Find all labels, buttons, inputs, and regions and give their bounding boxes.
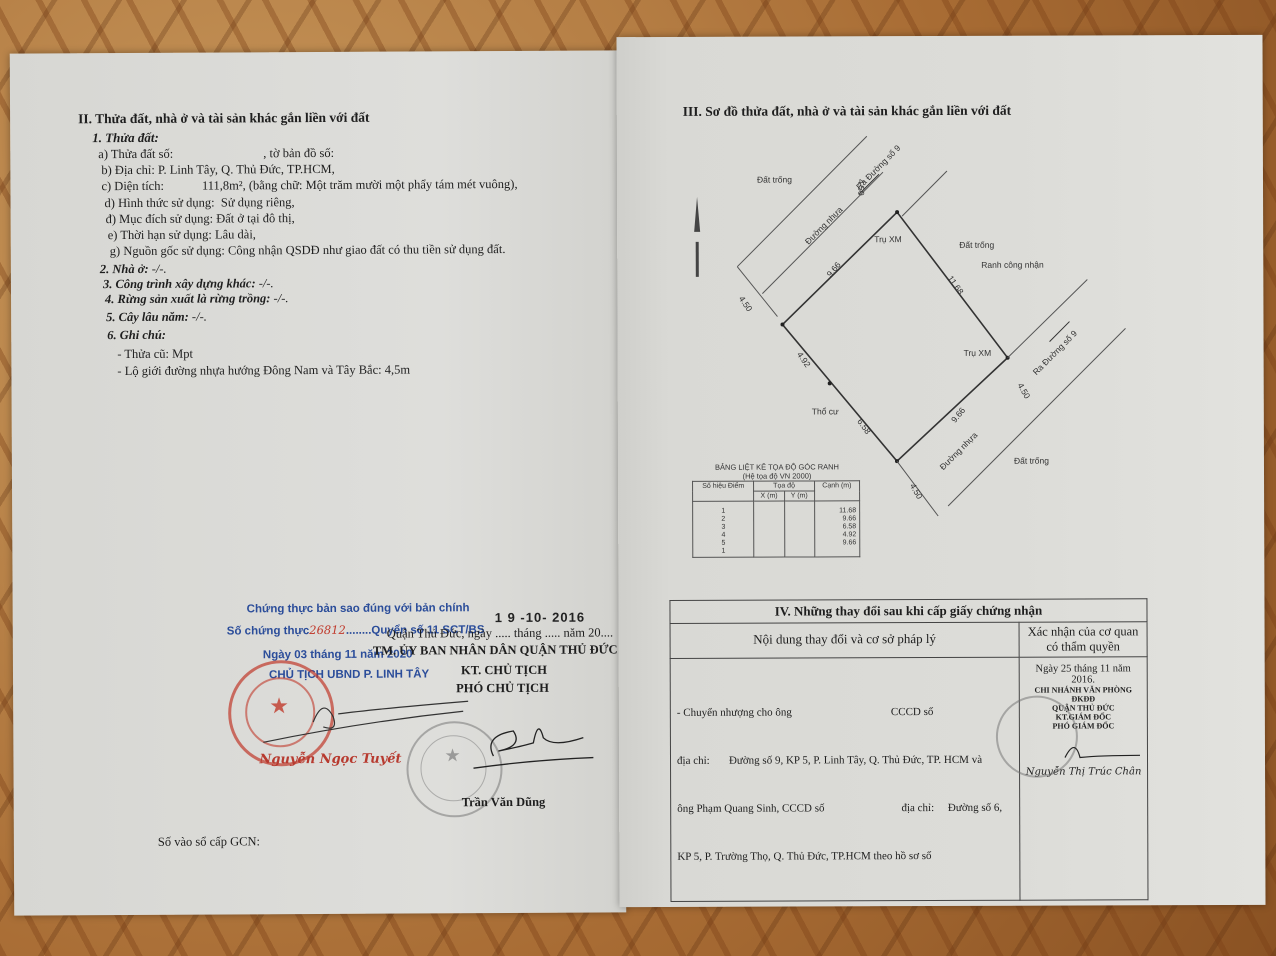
land-parcel-heading: 1. Thửa đất: [92,130,159,146]
issue-block: 1 9 -10- 2016 Quận Thủ Đức, ngày ..... t… [10,50,622,53]
house-item: 2. Nhà ở: -/-. [100,262,167,277]
confirm-content: Ngày 25 tháng 11 năm 2016. CHI NHÁNH VĂN… [1019,657,1148,900]
label-post-right: Trụ XM [964,348,992,358]
header-y: Y (m) [784,491,814,501]
label-post-top: Trụ XM [874,234,902,244]
table-row: 1 2 3 4 5 1 11.68 9.66 6.58 4.92 9.66 [693,501,860,558]
issue-place-date: Quận Thủ Đức, ngày ..... tháng ..... năm… [387,625,613,641]
label-empty-land-bottom: Đất trống [1014,456,1049,466]
perennial-item: 5. Cây lâu năm: -/-. [106,310,207,326]
label-width-top: 4.50 [856,179,866,196]
change-line-4: KP 5, P. Trường Thọ, Q. Thủ Đức, TP.HCM … [677,848,1015,865]
usage-purpose: đ) Mục đích sử dụng: Đất ở tại đô thị, [106,211,295,227]
certification-line-1: Chứng thực bản sao đúng với bản chính [247,602,470,615]
issuer-role-1: KT. CHỦ TỊCH [461,663,547,678]
issuer-name: Trần Văn Dũng [462,795,546,810]
other-assets: 2. Nhà ở: -/-. 3. Công trình xây dựng kh… [10,50,622,53]
section-2-title: II. Thửa đất, nhà ở và tài sản khác gắn … [78,110,369,128]
col-header-confirm: Xác nhận của cơ quan có thẩm quyền [1019,622,1147,657]
section-4-title: IV. Những thay đổi sau khi cấp giấy chứn… [670,599,1147,624]
other-construction-item: 3. Công trình xây dựng khác: -/-. [103,276,274,292]
certification-signer-name: Nguyễn Ngọc Tuyết [259,752,401,768]
notes-heading: 6. Ghi chú: [107,328,166,343]
header-coords: Tọa độ [754,481,814,491]
signature-scribble [453,706,593,777]
parcel-area: c) Diện tích:111,8m², (bằng chữ: Một tră… [101,177,517,194]
signature-scribble [1060,737,1150,767]
change-line-1: - Chuyển nhượng cho ông CCCD số [677,704,1015,721]
note-old-parcel: - Thửa cũ: Mpt [117,347,193,362]
issuer-role-2: PHÓ CHỦ TỊCH [456,681,549,696]
land-parcel-details: a) Thửa đất số:, tờ bản đồ số: b) Địa ch… [10,50,622,53]
change-line-3: ông Phạm Quang Sinh, CCCD số địa chỉ: Đư… [677,800,1015,817]
header-point: Số hiệu Điểm [693,481,754,501]
north-arrow-icon [694,197,700,277]
change-line-2: địa chỉ: Đường số 9, KP 5, P. Linh Tây, … [677,752,1015,769]
confirm-date: Ngày 25 tháng 11 năm 2016. [1024,663,1143,685]
certification-stamp: Chứng thực bản sao đúng với bản chính Số… [10,50,622,53]
changes-table: IV. Những thay đổi sau khi cấp giấy chứn… [669,598,1148,902]
label-empty-land-top: Đất trống [757,175,792,185]
note-road-boundary: - Lộ giới đường nhựa hướng Đông Nam và T… [117,363,410,380]
coordinate-table-block: BẢNG LIỆT KÊ TỌA ĐỘ GÓC RANH (Hệ tọa độ … [692,462,862,558]
right-page: III. Sơ đồ thửa đất, nhà ở và tài sản kh… [616,35,1265,907]
registry-number-label: Số vào sổ cấp GCN: [158,834,260,850]
forest-item: 4. Rừng sản xuất là rừng trồng: -/-. [105,291,289,307]
parcel-address: b) Địa chỉ: P. Linh Tây, Q. Thủ Đức, TP.… [101,162,334,178]
issuing-authority: TM. ỦY BAN NHÂN DÂN QUẬN THỦ ĐỨC [373,642,618,658]
usage-form: d) Hình thức sử dụng: Sử dụng riêng, [104,195,294,211]
label-boundary: Ranh công nhận [981,260,1043,270]
header-x: X (m) [754,491,784,501]
label-residential: Thổ cư [812,406,839,416]
issue-date-stamp: 1 9 -10- 2016 [495,610,585,625]
header-edge: Cạnh (m) [814,481,859,501]
left-page: II. Thửa đất, nhà ở và tài sản khác gắn … [10,50,627,915]
coordinate-table: Số hiệu Điểm Tọa độ Cạnh (m) X (m) Y (m)… [692,480,860,558]
label-empty-land-right: Đất trống [959,240,994,250]
change-content: - Chuyển nhượng cho ông CCCD số địa chỉ:… [670,657,1020,901]
usage-origin: g) Nguồn gốc sử dụng: Công nhận QSDĐ như… [110,242,506,259]
usage-term: e) Thời hạn sử dụng: Lâu dài, [108,227,256,243]
coord-table-title: BẢNG LIỆT KÊ TỌA ĐỘ GÓC RANH [692,462,862,472]
col-header-content: Nội dung thay đổi và cơ sở pháp lý [670,622,1019,658]
parcel-number: a) Thửa đất số:, tờ bản đồ số: [98,146,334,162]
